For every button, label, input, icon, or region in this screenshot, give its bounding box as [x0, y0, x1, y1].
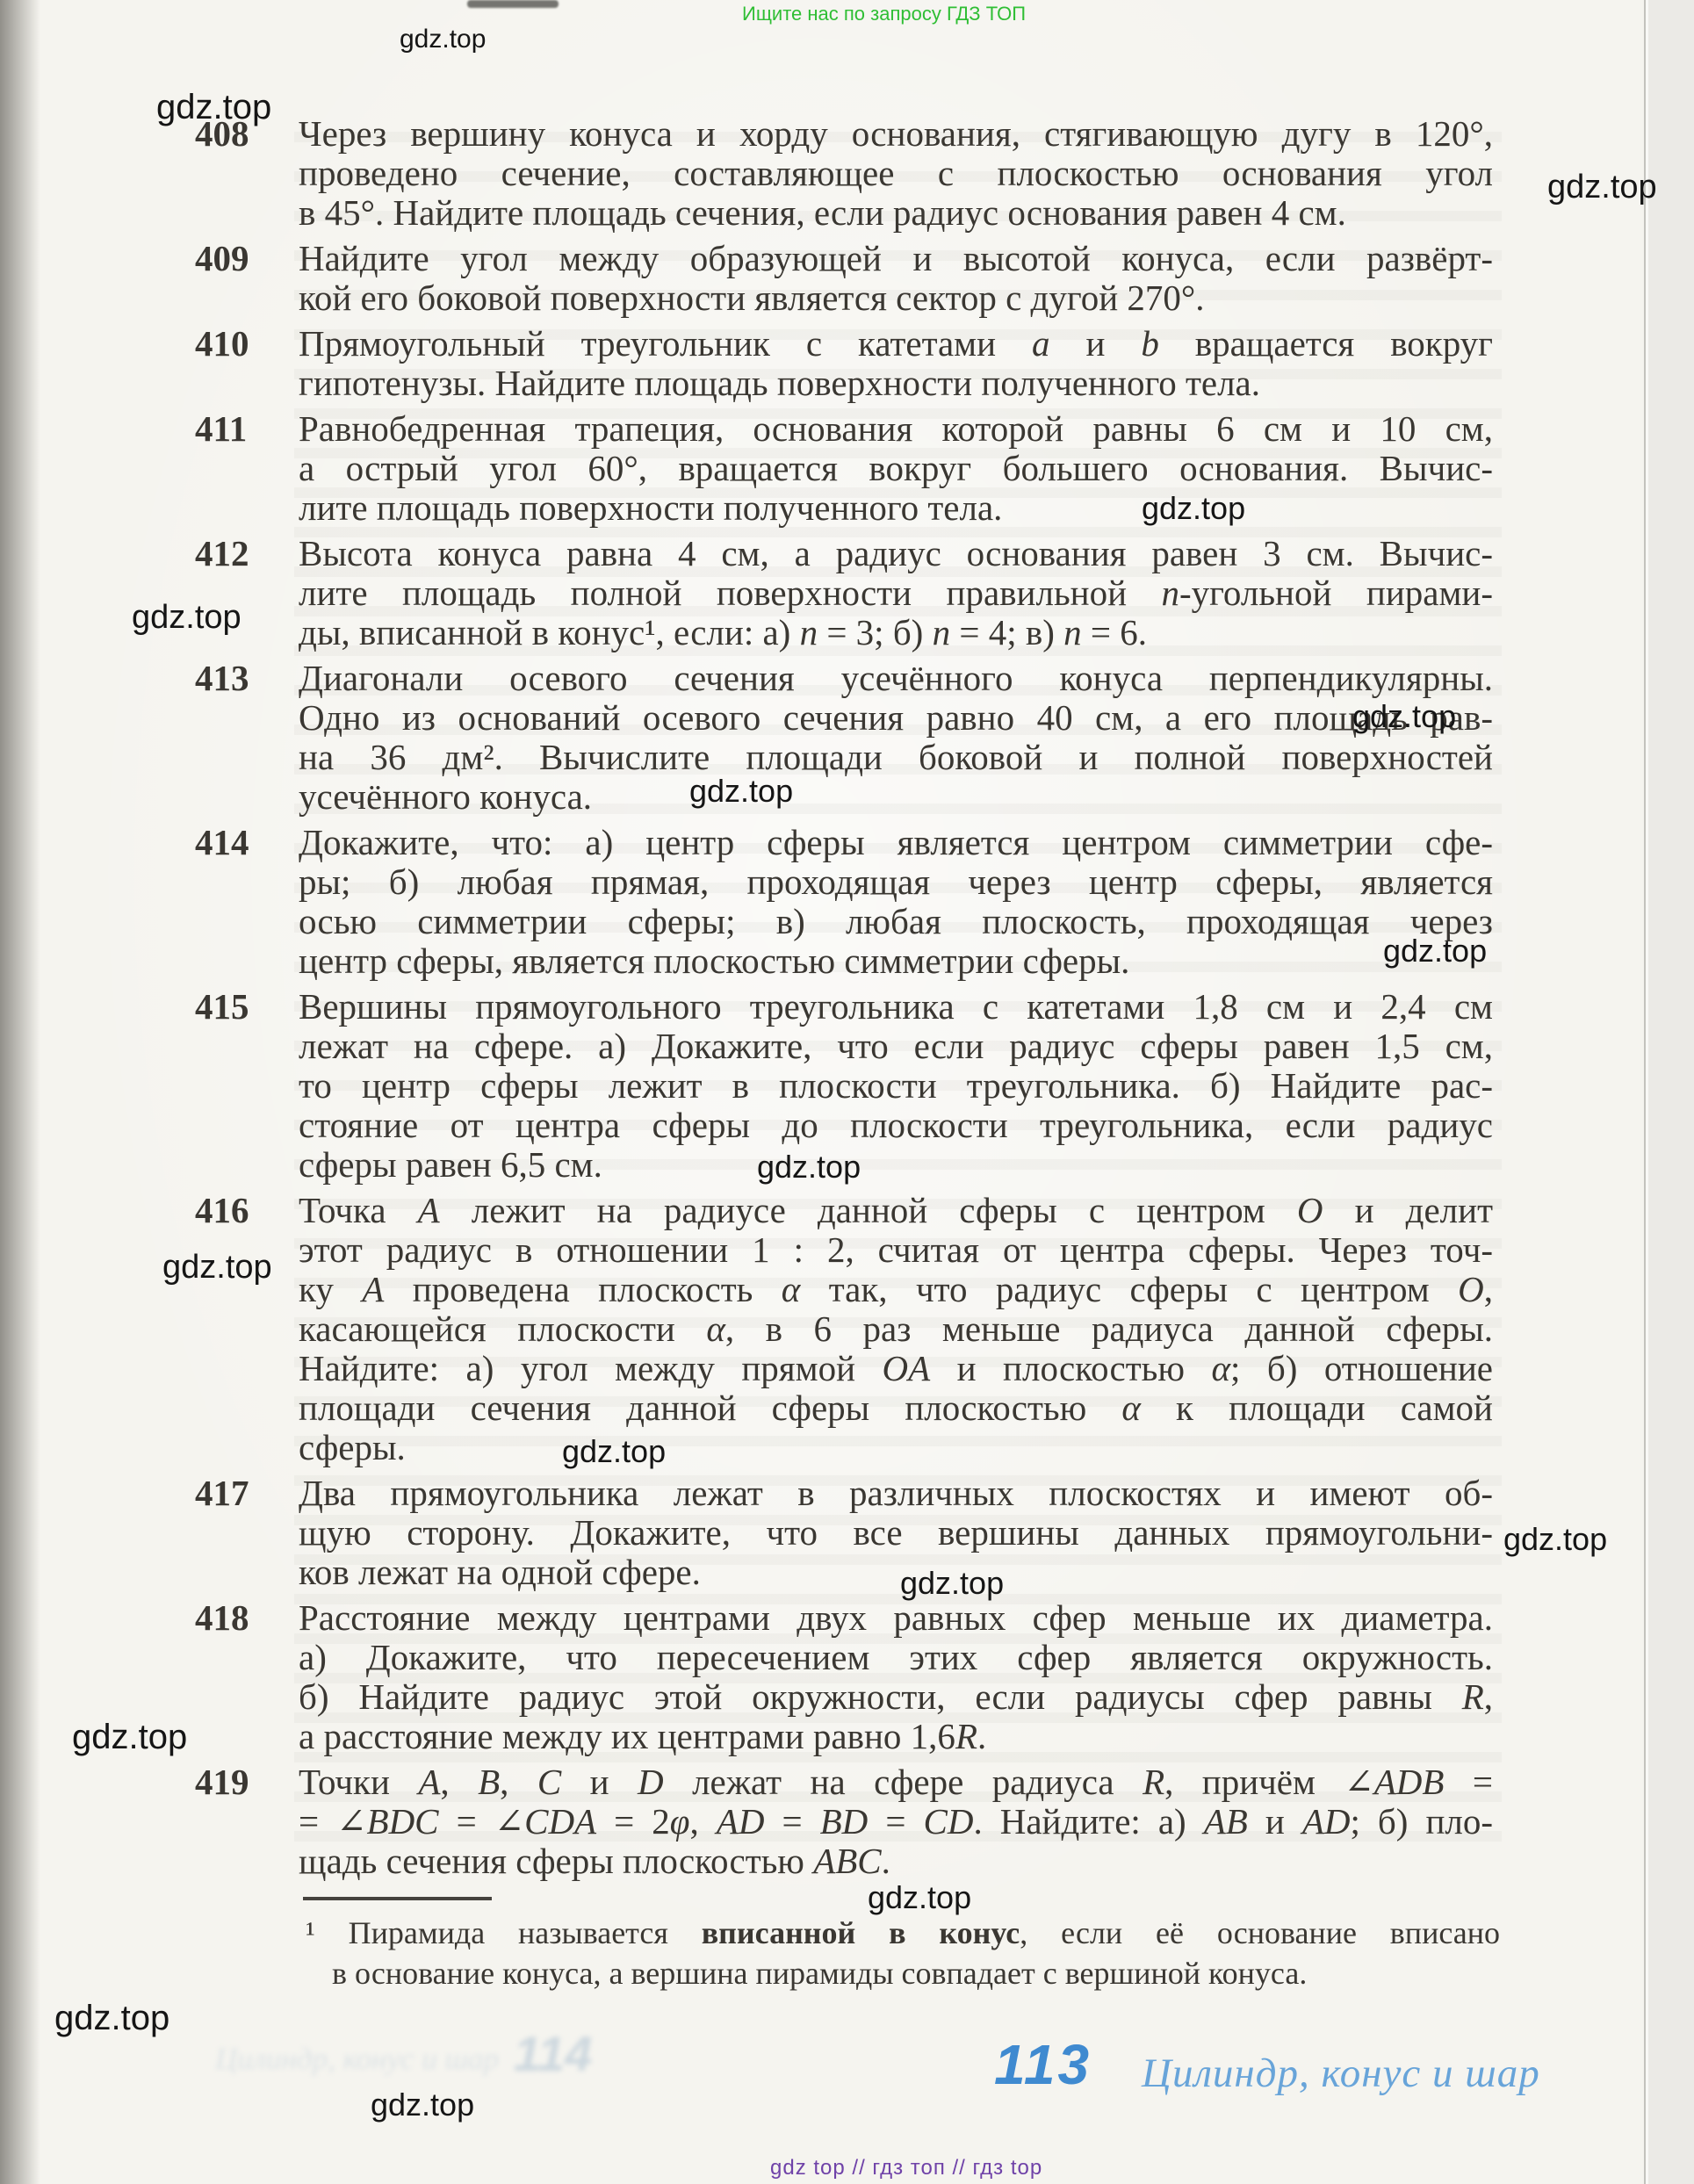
problem-text: Докажите, что: а) центр сферы является ц… — [299, 823, 1493, 981]
text-segment: центр сферы, является плоскостью симметр… — [299, 941, 1129, 981]
problem-text: Вершины прямоугольного треугольника с ка… — [299, 987, 1493, 1185]
text-segment: = 2 — [596, 1801, 670, 1842]
text-segment: = 6. — [1082, 612, 1147, 652]
text-segment: . — [977, 1716, 986, 1756]
text-line: Вершины прямоугольного треугольника с ка… — [299, 987, 1493, 1027]
problem-text: Высота конуса равна 4 см, а радиус основ… — [299, 534, 1493, 652]
text-segment: касающейся плоскости — [299, 1308, 706, 1349]
text-segment: R — [1462, 1676, 1484, 1717]
watermark-gdz-top: gdz.top — [1503, 1521, 1607, 1558]
problem-text: Точка A лежит на радиусе данной сферы с … — [299, 1191, 1493, 1467]
text-segment: лите площадь поверхности полученного тел… — [299, 487, 1002, 528]
text-segment: α — [706, 1308, 725, 1349]
text-segment: a — [1032, 323, 1050, 364]
text-segment: ; б) пло- — [1351, 1801, 1494, 1842]
text-segment: в 45°. Найдите площадь сечения, если рад… — [299, 192, 1346, 233]
text-segment: а) Докажите, что пересечением этих сфер … — [299, 1637, 1493, 1677]
text-line: Найдите угол между образующей и высотой … — [299, 239, 1493, 278]
scan-top-smudge — [467, 0, 559, 8]
text-segment: OA — [883, 1348, 931, 1388]
text-segment: ∠ — [336, 1801, 366, 1842]
text-segment: = — [868, 1801, 923, 1842]
text-line: Высота конуса равна 4 см, а радиус основ… — [299, 534, 1493, 573]
text-segment: Расстояние между центрами двух равных сф… — [299, 1597, 1493, 1638]
text-line: а) Докажите, что пересечением этих сфер … — [299, 1638, 1493, 1677]
text-segment: а острый угол 60°, вращается вокруг боль… — [299, 448, 1493, 488]
text-segment: сферы. — [299, 1427, 406, 1467]
problem-416: 416Точка A лежит на радиусе данной сферы… — [195, 1191, 1495, 1467]
text-line: Точка A лежит на радиусе данной сферы с … — [299, 1191, 1493, 1230]
text-line: а острый угол 60°, вращается вокруг боль… — [299, 449, 1493, 488]
ghost-chapter-bleed: Цилиндр, конус и шар — [215, 2042, 499, 2077]
problem-number: 411 — [195, 409, 299, 528]
text-line: гипотенузы. Найдите площадь поверхности … — [299, 364, 1493, 403]
watermark-gdz-top: gdz.top — [562, 1433, 666, 1470]
text-segment: на 36 дм². Вычислите площади боковой и п… — [299, 737, 1493, 777]
text-segment: = 4; в) — [950, 612, 1063, 652]
text-segment: CD — [924, 1801, 974, 1842]
problem-409: 409Найдите угол между образующей и высот… — [195, 239, 1495, 318]
text-segment: D — [638, 1762, 664, 1802]
watermark-gdz-top: gdz.top — [1352, 698, 1456, 735]
text-segment: Вершины прямоугольного треугольника с ка… — [299, 986, 1493, 1027]
text-segment: O — [1458, 1269, 1484, 1309]
problem-413: 413Диагонали осевого сечения усечённого … — [195, 659, 1495, 817]
text-line: этот радиус в отношении 1 : 2, считая от… — [299, 1230, 1493, 1270]
text-segment: щадь сечения сферы плоскостью — [299, 1841, 813, 1881]
watermark-gdz-top: gdz.top — [1142, 490, 1245, 527]
text-segment: так, что радиус сферы с центром — [800, 1269, 1458, 1309]
text-line: на 36 дм². Вычислите площади боковой и п… — [299, 738, 1493, 777]
text-line: Прямоугольный треугольник с катетами a и… — [299, 324, 1493, 364]
problem-text: Равнобедренная трапеция, основания котор… — [299, 409, 1493, 528]
problem-411: 411Равнобедренная трапеция, основания ко… — [195, 409, 1495, 528]
problem-text: Через вершину конуса и хорду основания, … — [299, 114, 1493, 233]
text-segment: гипотенузы. Найдите площадь поверхности … — [299, 363, 1260, 403]
text-segment: C — [537, 1762, 561, 1802]
problem-number: 413 — [195, 659, 299, 817]
watermark-gdz-top: gdz.top — [1547, 169, 1657, 206]
watermark-gdz-top: gdz.top — [156, 88, 271, 127]
text-segment: Диагонали осевого сечения усечённого кон… — [299, 658, 1493, 698]
watermark-header-green: Ищите нас по запросу ГДЗ ТОП — [742, 3, 1026, 25]
problem-text: Найдите угол между образующей и высотой … — [299, 239, 1493, 318]
text-line: ков лежат на одной сфере. — [299, 1553, 1493, 1592]
text-segment: ∠ — [494, 1801, 524, 1842]
text-line: Равнобедренная трапеция, основания котор… — [299, 409, 1493, 449]
problem-number: 419 — [195, 1762, 299, 1881]
text-segment: n — [800, 612, 818, 652]
text-line: б) Найдите радиус этой окружности, если … — [299, 1677, 1493, 1717]
text-segment: и делит — [1323, 1190, 1493, 1230]
watermark-footer-line: gdz top // гдз топ // гдз top — [770, 2156, 1042, 2180]
text-segment: Точки — [299, 1762, 418, 1802]
page-left-shadow — [0, 0, 40, 2184]
problem-text: Два прямоугольника лежат в различных пло… — [299, 1474, 1493, 1592]
text-segment: Точка — [299, 1190, 418, 1230]
text-line: Диагонали осевого сечения усечённого кон… — [299, 659, 1493, 698]
text-segment: , причём — [1164, 1762, 1344, 1802]
text-segment: -угольной пирами- — [1179, 573, 1493, 613]
text-line: ¹ Пирамида называется вписанной в конус,… — [306, 1913, 1500, 1953]
text-segment: AB — [1204, 1801, 1248, 1842]
text-segment: сферы равен 6,5 см. — [299, 1144, 602, 1185]
text-segment: n — [1063, 612, 1082, 652]
problem-text: Расстояние между центрами двух равных сф… — [299, 1598, 1493, 1756]
text-segment: A — [418, 1190, 440, 1230]
text-segment: площади сечения данной сферы плоскостью — [299, 1388, 1121, 1428]
text-segment: , — [500, 1762, 537, 1802]
text-line: лежат на сфере. а) Докажите, что если ра… — [299, 1027, 1493, 1066]
text-segment: и — [1050, 323, 1142, 364]
text-segment: ; б) отношение — [1230, 1348, 1493, 1388]
text-segment: Прямоугольный треугольник с катетами — [299, 323, 1032, 364]
text-segment: , если её основание вписано — [1020, 1915, 1500, 1950]
text-segment: лежат на сфере радиуса — [664, 1762, 1143, 1802]
text-segment: CDA — [524, 1801, 596, 1842]
text-line: лите площадь полной поверхности правильн… — [299, 573, 1493, 613]
footnote-rule — [303, 1897, 492, 1900]
text-line: осью симметрии сферы; в) любая плоскость… — [299, 902, 1493, 941]
text-line: ры; б) любая прямая, проходящая через це… — [299, 862, 1493, 902]
text-line: в 45°. Найдите площадь сечения, если рад… — [299, 193, 1493, 233]
text-segment: кой его боковой поверхности является сек… — [299, 278, 1205, 318]
text-line: сферы. — [299, 1428, 1493, 1467]
text-segment: = — [439, 1801, 494, 1842]
text-line: стояние от центра сферы до плоскости тре… — [299, 1106, 1493, 1145]
text-segment: к площади самой — [1141, 1388, 1493, 1428]
text-segment: . Найдите: а) — [973, 1801, 1203, 1842]
watermark-gdz-top: gdz.top — [868, 1879, 971, 1916]
text-line: то центр сферы лежит в плоскости треугол… — [299, 1066, 1493, 1106]
text-segment: проведено сечение, составляющее с плоско… — [299, 153, 1493, 193]
text-segment: ков лежат на одной сфере. — [299, 1552, 701, 1592]
text-segment: вращается вокруг — [1159, 323, 1493, 364]
page-right-edge — [1644, 0, 1694, 2184]
text-segment: щую сторону. Докажите, что все вершины д… — [299, 1512, 1493, 1553]
text-segment: n — [933, 612, 951, 652]
text-segment: BD — [820, 1801, 869, 1842]
watermark-gdz-top: gdz.top — [371, 2087, 474, 2123]
problem-text: Прямоугольный треугольник с катетами a и… — [299, 324, 1493, 403]
text-segment: ры; б) любая прямая, проходящая через це… — [299, 861, 1493, 902]
text-line: проведено сечение, составляющее с плоско… — [299, 154, 1493, 193]
problem-number: 410 — [195, 324, 299, 403]
text-segment: α — [1211, 1348, 1230, 1388]
text-segment: и — [1248, 1801, 1302, 1842]
text-segment: A — [418, 1762, 440, 1802]
text-segment: Два прямоугольника лежат в различных пло… — [299, 1473, 1493, 1513]
text-segment: α — [782, 1269, 801, 1309]
text-segment: b — [1141, 323, 1159, 364]
text-line: Докажите, что: а) центр сферы является ц… — [299, 823, 1493, 862]
problem-418: 418Расстояние между центрами двух равных… — [195, 1598, 1495, 1756]
text-segment: A — [362, 1269, 384, 1309]
text-segment: φ — [670, 1801, 690, 1842]
text-segment: Высота конуса равна 4 см, а радиус основ… — [299, 533, 1493, 573]
text-line: Одно из оснований осевого сечения равно … — [299, 698, 1493, 738]
watermark-gdz-top: gdz.top — [54, 1999, 169, 2038]
text-segment: = — [1444, 1762, 1493, 1802]
text-segment: лежат на сфере. а) Докажите, что если ра… — [299, 1026, 1493, 1066]
text-segment: AD — [1302, 1801, 1351, 1842]
text-line: усечённого конуса. — [299, 777, 1493, 817]
problem-412: 412Высота конуса равна 4 см, а радиус ос… — [195, 534, 1495, 652]
text-segment: n — [1161, 573, 1179, 613]
text-segment: AD — [717, 1801, 765, 1842]
text-segment: то центр сферы лежит в плоскости треугол… — [299, 1065, 1493, 1106]
text-segment: Через вершину конуса и хорду основания, … — [299, 113, 1493, 154]
watermark-gdz-top: gdz.top — [689, 773, 793, 810]
problem-414: 414Докажите, что: а) центр сферы являетс… — [195, 823, 1495, 981]
text-segment: ды, вписанной в конус¹, если: а) — [299, 612, 800, 652]
text-segment: ABC — [813, 1841, 881, 1881]
text-segment: а расстояние между их центрами равно 1,6 — [299, 1716, 955, 1756]
text-segment: ку — [299, 1269, 362, 1309]
text-segment: R — [1143, 1762, 1164, 1802]
problem-number: 418 — [195, 1598, 299, 1756]
text-segment: б) Найдите радиус этой окружности, если … — [299, 1676, 1462, 1717]
text-segment: R — [955, 1716, 977, 1756]
text-segment: , — [1484, 1269, 1493, 1309]
text-segment: вписанной в конус — [702, 1915, 1020, 1950]
text-line: Два прямоугольника лежат в различных пло… — [299, 1474, 1493, 1513]
text-segment: O — [1297, 1190, 1323, 1230]
text-line: касающейся плоскости α, в 6 раз меньше р… — [299, 1309, 1493, 1349]
text-segment: α — [1121, 1388, 1141, 1428]
text-line: сферы равен 6,5 см. — [299, 1145, 1493, 1185]
watermark-gdz-top: gdz.top — [162, 1249, 272, 1287]
text-segment: BDC — [367, 1801, 439, 1842]
text-segment: проведена плоскость — [384, 1269, 781, 1309]
ghost-page-number-bleed: 114 — [514, 2025, 592, 2082]
watermark-gdz-top: gdz.top — [757, 1149, 861, 1186]
text-segment: , в 6 раз меньше радиуса данной сферы. — [725, 1308, 1493, 1349]
text-line: = ∠BDC = ∠CDA = 2φ, AD = BD = CD. Найдит… — [299, 1802, 1493, 1842]
text-line: щадь сечения сферы плоскостью ABC. — [299, 1842, 1493, 1881]
text-segment: лите площадь полной поверхности правильн… — [299, 573, 1161, 613]
text-segment: Докажите, что: а) центр сферы является ц… — [299, 822, 1493, 862]
problem-408: 408Через вершину конуса и хорду основани… — [195, 114, 1495, 233]
text-line: в основание конуса, а вершина пирамиды с… — [306, 1953, 1500, 1993]
problem-417: 417Два прямоугольника лежат в различных … — [195, 1474, 1495, 1592]
problem-number: 414 — [195, 823, 299, 981]
text-segment: ¹ Пирамида называется — [306, 1915, 702, 1950]
text-line: кой его боковой поверхности является сек… — [299, 278, 1493, 318]
text-segment: B — [478, 1762, 500, 1802]
text-segment: Найдите угол между образующей и высотой … — [299, 238, 1493, 278]
problem-number: 415 — [195, 987, 299, 1185]
problem-number: 409 — [195, 239, 299, 318]
text-segment: осью симметрии сферы; в) любая плоскость… — [299, 901, 1493, 941]
watermark-gdz-top: gdz.top — [72, 1718, 187, 1757]
text-line: Расстояние между центрами двух равных сф… — [299, 1598, 1493, 1638]
problem-410: 410Прямоугольный треугольник с катетами … — [195, 324, 1495, 403]
textbook-page: Ищите нас по запросу ГДЗ ТОП 408Через ве… — [0, 0, 1694, 2184]
footnote: ¹ Пирамида называется вписанной в конус,… — [306, 1913, 1500, 1993]
text-line: лите площадь поверхности полученного тел… — [299, 488, 1493, 528]
text-line: Через вершину конуса и хорду основания, … — [299, 114, 1493, 154]
chapter-title: Цилиндр, конус и шар — [1142, 2050, 1540, 2097]
text-line: центр сферы, является плоскостью симметр… — [299, 941, 1493, 981]
text-segment: , — [440, 1762, 478, 1802]
text-segment: , — [689, 1801, 716, 1842]
page-number: 113 — [994, 2032, 1092, 2097]
text-line: Точки A, B, C и D лежат на сфере радиуса… — [299, 1762, 1493, 1802]
text-segment: . — [882, 1841, 890, 1881]
watermark-gdz-top: gdz.top — [400, 25, 486, 54]
watermark-gdz-top: gdz.top — [900, 1565, 1004, 1602]
watermark-gdz-top: gdz.top — [1383, 933, 1487, 969]
text-segment: , — [1484, 1676, 1493, 1717]
problem-number: 408 — [195, 114, 299, 233]
problem-text: Точки A, B, C и D лежат на сфере радиуса… — [299, 1762, 1493, 1881]
text-line: ды, вписанной в конус¹, если: а) n = 3; … — [299, 613, 1493, 652]
text-segment: Найдите: а) угол между прямой — [299, 1348, 883, 1388]
text-line: площади сечения данной сферы плоскостью … — [299, 1388, 1493, 1428]
text-line: а расстояние между их центрами равно 1,6… — [299, 1717, 1493, 1756]
problem-number: 417 — [195, 1474, 299, 1592]
text-line: ку A проведена плоскость α так, что ради… — [299, 1270, 1493, 1309]
text-line: щую сторону. Докажите, что все вершины д… — [299, 1513, 1493, 1553]
problem-419: 419Точки A, B, C и D лежат на сфере ради… — [195, 1762, 1495, 1881]
text-segment: = — [764, 1801, 819, 1842]
problems-list: 408Через вершину конуса и хорду основани… — [195, 114, 1495, 1881]
text-segment: Одно из оснований осевого сечения равно … — [299, 697, 1493, 738]
text-segment: Равнобедренная трапеция, основания котор… — [299, 408, 1493, 449]
text-segment: и плоскостью — [930, 1348, 1211, 1388]
text-segment: ADB — [1374, 1762, 1445, 1802]
problem-text: Диагонали осевого сечения усечённого кон… — [299, 659, 1493, 817]
text-segment: ∠ — [1344, 1762, 1373, 1802]
text-segment: и — [561, 1762, 638, 1802]
text-line: Найдите: а) угол между прямой OA и плоск… — [299, 1349, 1493, 1388]
text-segment: в основание конуса, а вершина пирамиды с… — [332, 1956, 1307, 1991]
text-segment: лежит на радиусе данной сферы с центром — [440, 1190, 1297, 1230]
text-segment: стояние от центра сферы до плоскости тре… — [299, 1105, 1493, 1145]
text-segment: усечённого конуса. — [299, 776, 592, 817]
watermark-gdz-top: gdz.top — [132, 599, 241, 637]
text-segment: = — [299, 1801, 336, 1842]
text-segment: этот радиус в отношении 1 : 2, считая от… — [299, 1229, 1493, 1270]
text-segment: = 3; б) — [818, 612, 933, 652]
problem-number: 416 — [195, 1191, 299, 1467]
